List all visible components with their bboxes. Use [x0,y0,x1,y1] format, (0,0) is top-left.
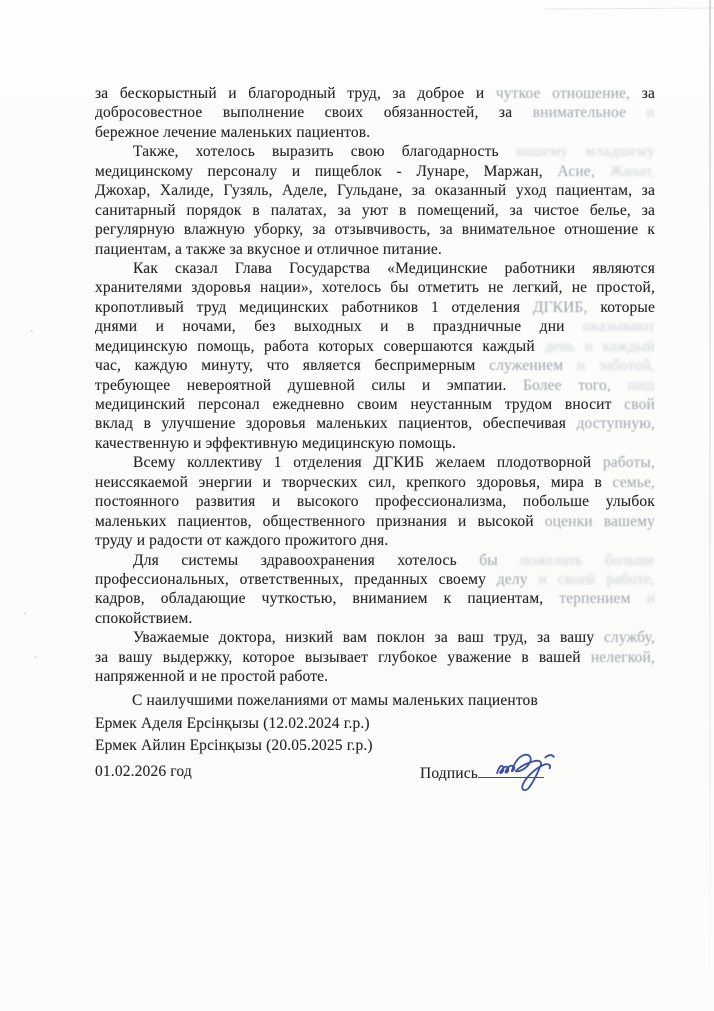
scan-speck [34,656,37,658]
faded-text: работы, [603,454,655,471]
text-fragment: час, каждую минуту, что является бесприм… [95,357,475,374]
text-fragment: днями и ночами, без выходных и в праздни… [95,318,565,335]
text-line: днями и ночами, без выходных и в праздни… [95,317,655,336]
faded-text: служением [489,357,563,374]
footer-row: 01.02.2026 год Подпись [95,763,655,803]
text-fragment: постоянного развития и высокого професси… [95,493,655,510]
text-fragment: хранителями здоровья нации», хотелось бы… [95,279,655,296]
faded-text: терпением [559,590,630,607]
text-fragment: за вашу выдержку, которое вызывает глубо… [95,649,581,666]
text-line: кропотливый труд медицинских работников … [95,298,655,317]
text-line: час, каждую минуту, что является бесприм… [95,356,655,375]
text-line: медицинскую помощь, работа которых совер… [95,337,655,356]
text-line: Всему коллективу 1 отделения ДГКИБ желае… [95,453,655,472]
faded-text: внимательное [533,104,626,121]
text-line: бережное лечение маленьких пациентов. [95,123,655,142]
closing-line-child1: Ермек Аделя Ерсінқызы (12.02.2024 г.р.) [95,713,655,736]
faded-text: бы [479,552,498,569]
text-line: санитарный порядок в палатах, за уют в п… [95,201,655,220]
text-fragment: медицинскую помощь, работа которых совер… [95,338,535,355]
text-line: медицинский персонал ежедневно своим неу… [95,395,655,414]
text-fragment: профессиональных, ответственных, преданн… [95,571,486,588]
letter-body: за бескорыстный и благородный труд, за д… [95,84,655,687]
text-line: пациентам, а также за вкусное и отличное… [95,240,655,259]
text-line: Джохар, Халиде, Гузяль, Аделе, Гульдане,… [95,181,655,200]
text-fragment: неиссякаемой энергии и творческих сил, к… [95,474,602,491]
faded-text: делу [497,571,528,588]
faded-text: доступную, [577,415,656,432]
text-fragment: спокойствием. [95,610,193,627]
text-line: требующее невероятной душевной силы и эм… [95,376,655,395]
text-fragment: Уважаемые доктора, низкий вам поклон за … [133,629,594,646]
text-fragment: Для системы здравоохранения хотелось [133,552,457,569]
text-line: постоянного развития и высокого професси… [95,492,655,511]
text-line: вклад в улучшение здоровья маленьких пац… [95,414,655,433]
text-fragment: медицинскому персоналу и пищеблок - Луна… [95,163,543,180]
text-fragment: напряженной и не простой работе. [95,668,328,685]
faded-text: и [647,104,655,121]
text-fragment: Как сказал Глава Государства «Медицински… [133,260,655,277]
faded-text: ДГКИБ, [533,299,588,316]
faded-text: чуткое отношение, [496,85,630,102]
text-fragment: труду и радости от каждого прожитого дня… [95,532,388,549]
text-fragment: Всему коллективу 1 отделения ДГКИБ желае… [133,454,591,471]
handwritten-signature [490,740,578,792]
text-fragment: за бескорыстный и благородный труд, за д… [95,85,484,102]
faded-text: и [647,590,655,607]
closing-line: С наилучшими пожеланиями от мамы маленьк… [95,690,655,713]
text-fragment: добросовестное выполнение своих обязанно… [95,104,512,121]
text-fragment: которые [600,299,655,316]
text-line: качественную и эффективную медицинскую п… [95,434,655,453]
faded-text: наш [627,377,655,394]
text-line: маленьких пациентов, общественного призн… [95,512,655,531]
faded-text: день и каждый [544,338,655,355]
faded-text: оказывают [583,318,655,335]
faded-text: нелегкой, [591,649,655,666]
text-fragment: Также, хотелось выразить свою благодарно… [133,143,499,160]
faded-text: Жанат, [609,163,655,180]
text-fragment: требующее невероятной душевной силы и эм… [95,377,506,394]
text-line: Также, хотелось выразить свою благодарно… [95,142,655,161]
text-fragment: вклад в улучшение здоровья маленьких пац… [95,415,566,432]
scan-edge-artifact [544,8,714,10]
text-line: неиссякаемой энергии и творческих сил, к… [95,473,655,492]
text-line: профессиональных, ответственных, преданн… [95,570,655,589]
text-line: добросовестное выполнение своих обязанно… [95,103,655,122]
text-fragment: санитарный порядок в палатах, за уют в п… [95,202,655,219]
document-page: за бескорыстный и благородный труд, за д… [0,0,714,1011]
text-line: за вашу выдержку, которое вызывает глубо… [95,648,655,667]
text-fragment: маленьких пациентов, общественного призн… [95,513,534,530]
text-line: медицинскому персоналу и пищеблок - Луна… [95,162,655,181]
text-line: регулярную влажную уборку, за отзывчивос… [95,220,655,239]
scan-speck [24,612,26,615]
faded-text: Более того, [523,377,611,394]
text-line: напряженной и не простой работе. [95,667,655,686]
text-fragment: кропотливый труд медицинских работников … [95,299,520,316]
text-line: Для системы здравоохранения хотелось бы … [95,551,655,570]
signature-label: Подпись [420,765,478,782]
text-fragment: пациентам, а также за вкусное и отличное… [95,241,442,258]
faded-text: нашему младшему [516,143,655,160]
text-line: за бескорыстный и благородный труд, за д… [95,84,655,103]
faded-text: Асие, [557,163,595,180]
faded-text: пожелать больше [520,552,655,569]
scan-edge-artifact [709,0,711,1011]
text-line: спокойствием. [95,609,655,628]
text-line: Как сказал Глава Государства «Медицински… [95,259,655,278]
text-fragment: бережное лечение маленьких пациентов. [95,124,370,141]
text-fragment: кадров, обладающие чуткостью, вниманием … [95,590,543,607]
faded-text: оценки вашему [545,513,655,530]
faded-text: службу, [604,629,655,646]
faded-text: свой [624,396,655,413]
text-fragment: регулярную влажную уборку, за отзывчивос… [95,221,655,238]
faded-text: и своей работе, [538,571,655,588]
text-line: кадров, обладающие чуткостью, вниманием … [95,589,655,608]
scan-speck [30,330,33,332]
faded-text: семье, [613,474,655,491]
text-line: Уважаемые доктора, низкий вам поклон за … [95,628,655,647]
text-fragment: качественную и эффективную медицинскую п… [95,435,456,452]
date-text: 01.02.2026 год [95,763,192,781]
text-line: труду и радости от каждого прожитого дня… [95,531,655,550]
faded-text: и заботой, [577,357,655,374]
text-fragment: медицинский персонал ежедневно своим неу… [95,396,612,413]
text-line: хранителями здоровья нации», хотелось бы… [95,278,655,297]
text-fragment: за [642,85,655,102]
text-fragment: Джохар, Халиде, Гузяль, Аделе, Гульдане,… [95,182,655,199]
